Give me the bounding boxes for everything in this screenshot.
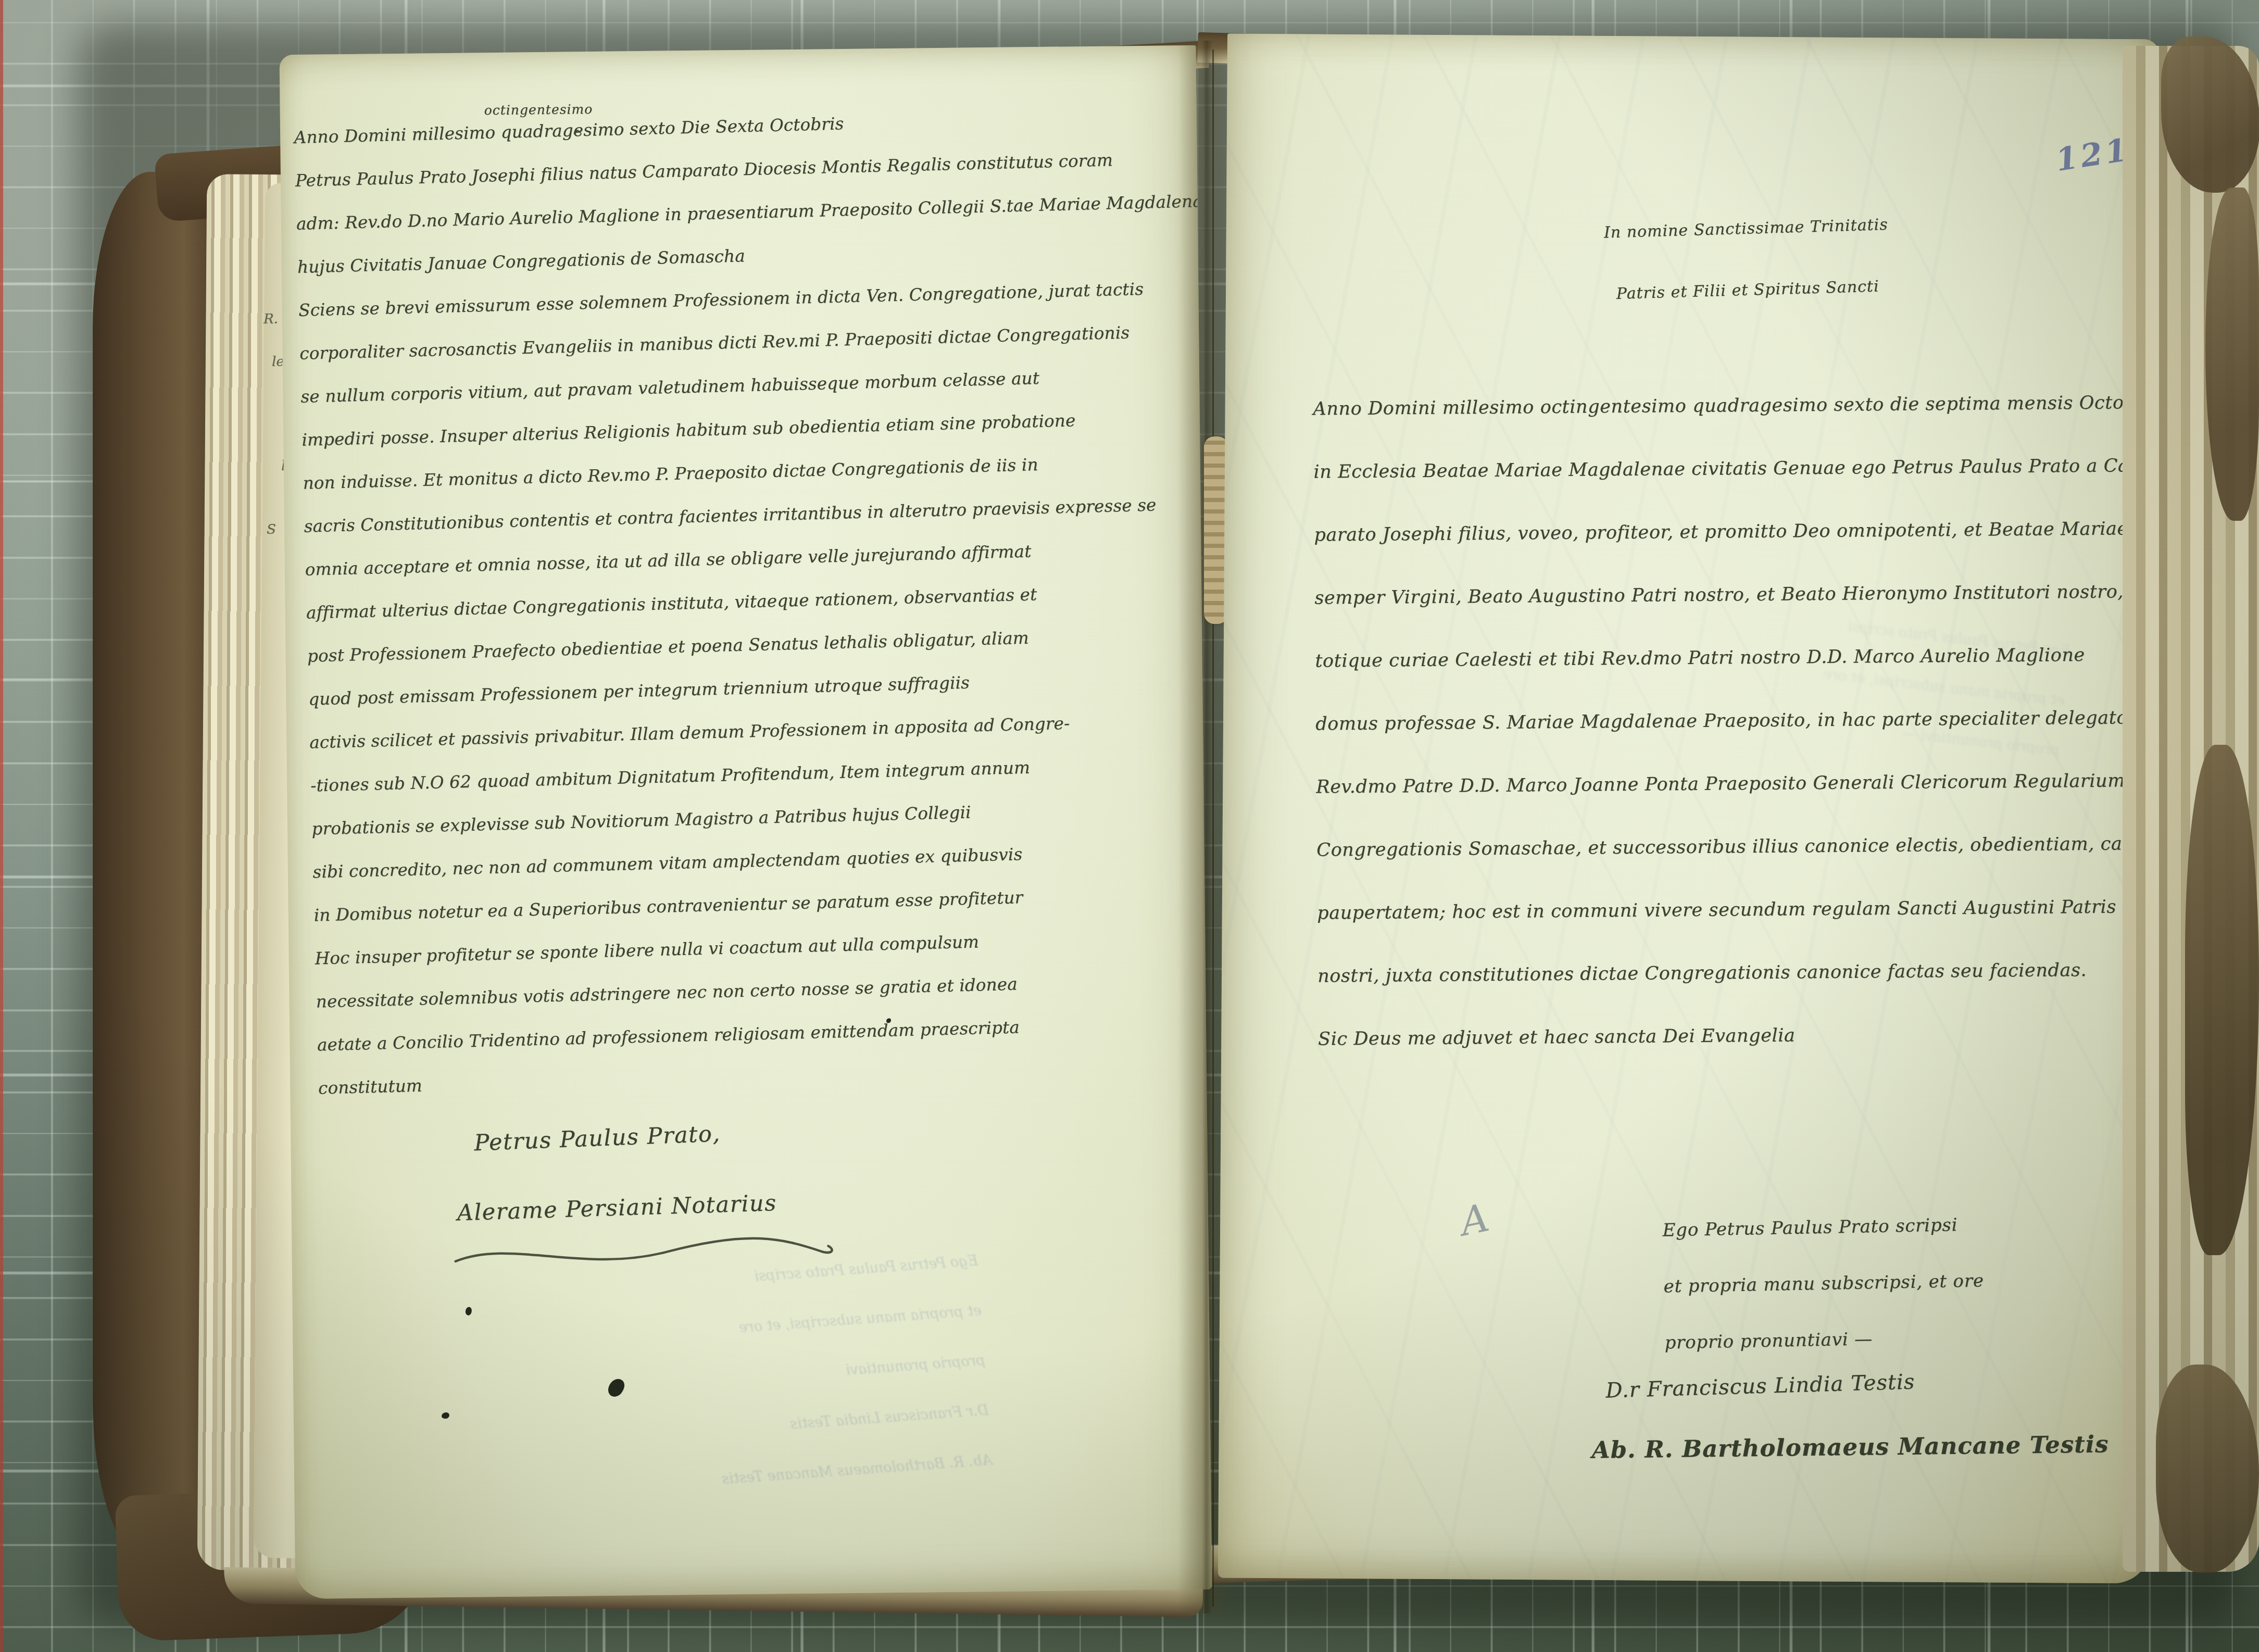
left-manuscript-page: octingentesimo ^ Anno Domini millesimo q… (280, 45, 1212, 1599)
profession-text-block: Anno Domini millesimo octingentesimo qua… (1313, 371, 2151, 1071)
manuscript-line: semper Virgini, Beato Augustino Patri no… (1314, 560, 2148, 630)
right-manuscript-page: Ego Petrus Paulus Prato scripsiet propri… (1218, 34, 2160, 1584)
pencil-mark: A (1457, 1195, 1493, 1245)
manuscript-line: totique curiae Caelesti et tibi Rev.dmo … (1315, 623, 2149, 693)
manuscript-line: nostri, juxta constitutiones dictae Cong… (1317, 938, 2151, 1008)
witness-signature: Ab. R. Bartholomaeus Mancane Testis (1591, 1430, 2109, 1463)
manuscript-line: Sic Deus me adjuvet et haec sancta Dei E… (1318, 1002, 2152, 1071)
manuscript-line: Congregationis Somaschae, et successorib… (1316, 812, 2150, 882)
signature-notary: Alerame Persiani Notarius (457, 1190, 777, 1226)
mat-red-edge-stripe (0, 0, 3, 1652)
damaged-leather-patch (2205, 187, 2259, 521)
manuscript-line: Rev.dmo Patre D.D. Marco Joanne Ponta Pr… (1316, 749, 2150, 819)
manuscript-line: paupertatem; hoc est in communi vivere s… (1317, 875, 2151, 945)
manuscript-line: domus professae S. Mariae Magdalenae Pra… (1315, 686, 2149, 756)
closing-line: proprio pronuntiavi — (1664, 1306, 2124, 1371)
ink-showthrough: Ego Petrus Paulus Prato scripsiet propri… (322, 1236, 994, 1532)
gutter-fold-line (1212, 49, 1214, 1607)
manuscript-line: parato Josephi filius, voveo, profiteor,… (1314, 497, 2148, 567)
closing-line: et propria manu subscripsi, et ore (1663, 1250, 2123, 1315)
left-page-text-block: Anno Domini millesimo quadragesimo sexto… (294, 93, 1212, 1110)
manuscript-line: in Ecclesia Beatae Mariae Magdalenae civ… (1313, 434, 2147, 504)
manuscript-line: Anno Domini millesimo octingentesimo qua… (1313, 371, 2147, 441)
closing-line: Ego Petrus Paulus Prato scripsi (1662, 1194, 2122, 1258)
invocation-heading: In nomine Sanctissimae Trinitatis Patris… (1469, 190, 2024, 329)
page-number: 121 (2053, 131, 2132, 179)
closing-statement-block: Ego Petrus Paulus Prato scripsiet propri… (1662, 1194, 2124, 1371)
photographed-manuscript-scene: R. L le lu S a octingentesimo ^ Anno Dom… (0, 0, 2259, 1652)
witness-signature: D.r Franciscus Lindia Testis (1605, 1370, 1915, 1403)
signature-professed: Petrus Paulus Prato, (474, 1121, 721, 1156)
under-page-fragment: S (267, 522, 276, 537)
